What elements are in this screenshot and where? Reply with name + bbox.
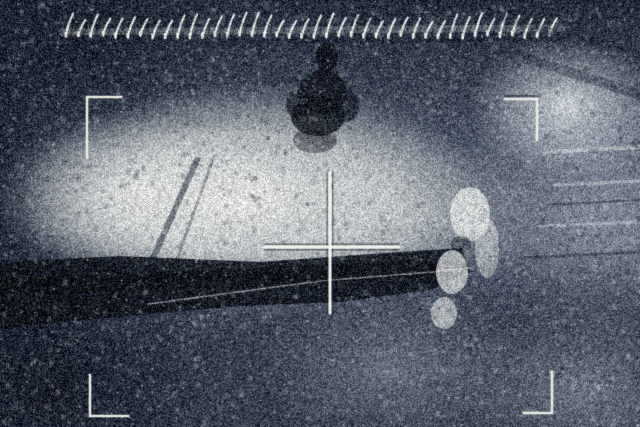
flir-thermal-frame: [0, 0, 640, 427]
thermal-image-canvas: [0, 0, 640, 427]
